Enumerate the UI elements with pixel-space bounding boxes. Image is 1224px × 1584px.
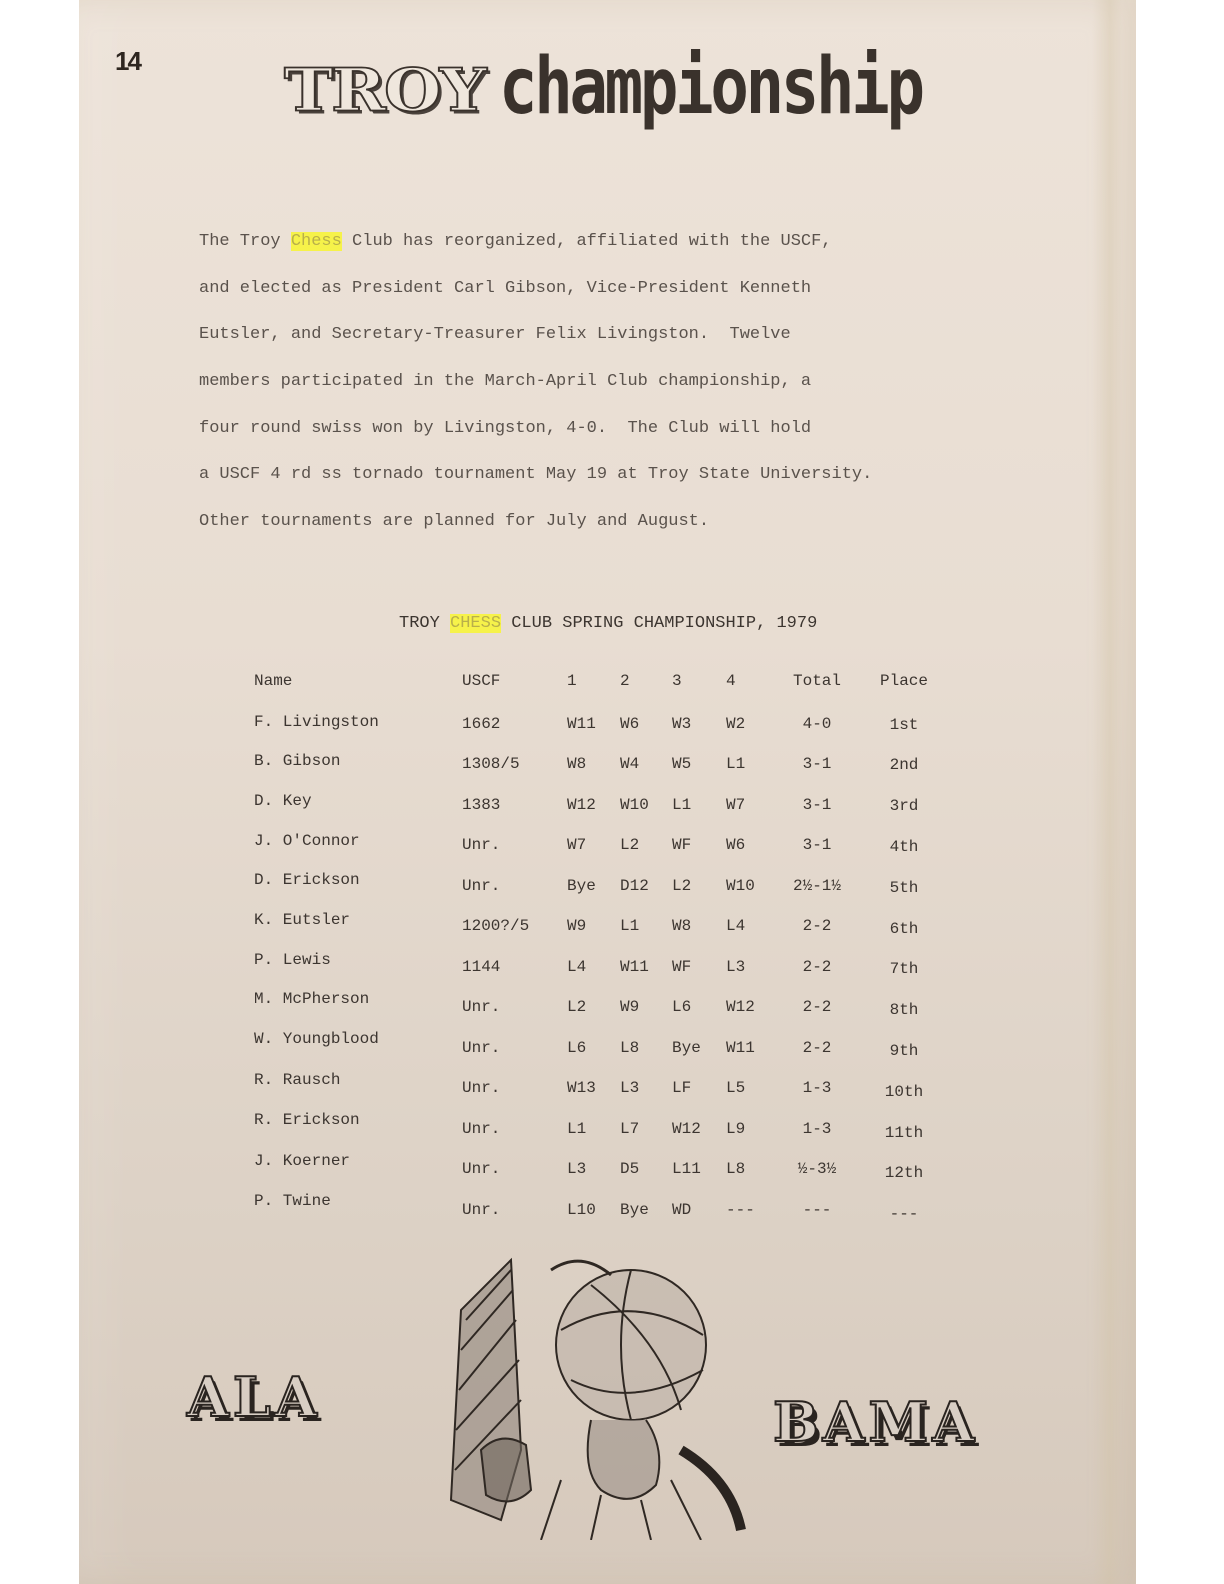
document-page: 14 TROYchampionship The Troy Chess Club … xyxy=(79,0,1136,1584)
total-score: 4-0 xyxy=(782,715,852,733)
line-text: members participated in the March-April … xyxy=(199,372,811,391)
round-2: W9 xyxy=(620,998,639,1016)
round-3: LF xyxy=(672,1079,691,1097)
paragraph-line: Other tournaments are planned for July a… xyxy=(199,512,959,559)
paragraph-line: The Troy Chess Club has reorganized, aff… xyxy=(199,232,959,279)
player-name: M. McPherson xyxy=(254,990,369,1008)
round-2: W10 xyxy=(620,796,649,814)
player-name: K. Eutsler xyxy=(254,911,350,929)
place: 10th xyxy=(869,1083,939,1101)
round-4: --- xyxy=(726,1201,755,1219)
page-number: 14 xyxy=(115,46,140,77)
round-1: W13 xyxy=(567,1079,596,1097)
line-text: Club has reorganized, affiliated with th… xyxy=(342,232,832,251)
total-score: 1-3 xyxy=(782,1079,852,1097)
table-title-text: TROY xyxy=(399,614,450,633)
uscf-rating: Unr. xyxy=(462,1201,500,1219)
uscf-rating: 1383 xyxy=(462,796,500,814)
round-2: W11 xyxy=(620,958,649,976)
place: 5th xyxy=(869,879,939,897)
round-3: L6 xyxy=(672,998,691,1016)
round-1: W8 xyxy=(567,755,586,773)
column-header: USCF xyxy=(462,672,500,690)
round-1: L6 xyxy=(567,1039,586,1057)
uscf-rating: Unr. xyxy=(462,1079,500,1097)
round-3: WD xyxy=(672,1201,691,1219)
player-name: D. Erickson xyxy=(254,871,360,889)
intro-paragraph: The Troy Chess Club has reorganized, aff… xyxy=(199,232,959,559)
round-3: L2 xyxy=(672,877,691,895)
uscf-rating: Unr. xyxy=(462,1039,500,1057)
round-4: W6 xyxy=(726,836,745,854)
player-name: F. Livingston xyxy=(254,713,379,731)
total-score: 2-2 xyxy=(782,958,852,976)
banner-ala: ALA xyxy=(187,1365,321,1429)
round-1: W7 xyxy=(567,836,586,854)
round-2: W4 xyxy=(620,755,639,773)
place: 9th xyxy=(869,1042,939,1060)
player-name: B. Gibson xyxy=(254,752,340,770)
paragraph-line: four round swiss won by Livingston, 4-0.… xyxy=(199,419,959,466)
line-text: four round swiss won by Livingston, 4-0.… xyxy=(199,419,811,438)
round-3: W5 xyxy=(672,755,691,773)
title-championship: championship xyxy=(499,42,922,132)
player-name: P. Lewis xyxy=(254,951,331,969)
title-troy: TROY xyxy=(284,55,485,125)
round-2: W6 xyxy=(620,715,639,733)
round-4: W7 xyxy=(726,796,745,814)
total-score: 2-2 xyxy=(782,998,852,1016)
round-1: Bye xyxy=(567,877,596,895)
player-name: J. O'Connor xyxy=(254,832,360,850)
player-name: R. Erickson xyxy=(254,1111,360,1129)
round-2: L3 xyxy=(620,1079,639,1097)
place: 4th xyxy=(869,838,939,856)
round-1: W12 xyxy=(567,796,596,814)
place: --- xyxy=(869,1205,939,1223)
round-4: W12 xyxy=(726,998,755,1016)
round-3: W12 xyxy=(672,1120,701,1138)
paragraph-line: and elected as President Carl Gibson, Vi… xyxy=(199,279,959,326)
total-score: 2½-1½ xyxy=(782,877,852,895)
round-2: D12 xyxy=(620,877,649,895)
round-1: L10 xyxy=(567,1201,596,1219)
banner-bama: BAMA xyxy=(773,1390,978,1454)
search-highlight: Chess xyxy=(291,232,342,251)
uscf-rating: 1200?/5 xyxy=(462,917,529,935)
round-4: L1 xyxy=(726,755,745,773)
column-header: Place xyxy=(869,672,939,690)
player-name: W. Youngblood xyxy=(254,1030,379,1048)
paragraph-line: Eutsler, and Secretary-Treasurer Felix L… xyxy=(199,325,959,372)
round-1: L3 xyxy=(567,1160,586,1178)
uscf-rating: Unr. xyxy=(462,836,500,854)
place: 11th xyxy=(869,1124,939,1142)
place: 8th xyxy=(869,1001,939,1019)
round-4: L9 xyxy=(726,1120,745,1138)
total-score: --- xyxy=(782,1201,852,1219)
column-header: 3 xyxy=(672,672,682,690)
paragraph-line: members participated in the March-April … xyxy=(199,372,959,419)
round-1: W9 xyxy=(567,917,586,935)
round-2: Bye xyxy=(620,1201,649,1219)
uscf-rating: Unr. xyxy=(462,1160,500,1178)
round-3: WF xyxy=(672,958,691,976)
round-2: L2 xyxy=(620,836,639,854)
line-text: The Troy xyxy=(199,232,291,251)
round-2: L1 xyxy=(620,917,639,935)
place: 12th xyxy=(869,1164,939,1182)
round-4: L3 xyxy=(726,958,745,976)
round-2: L7 xyxy=(620,1120,639,1138)
line-text: a USCF 4 rd ss tornado tournament May 19… xyxy=(199,465,872,484)
total-score: ½-3½ xyxy=(782,1160,852,1178)
column-header: Total xyxy=(782,672,852,690)
table-title-text: CLUB SPRING CHAMPIONSHIP, 1979 xyxy=(501,614,817,633)
round-2: D5 xyxy=(620,1160,639,1178)
total-score: 2-2 xyxy=(782,917,852,935)
place: 3rd xyxy=(869,797,939,815)
uscf-rating: Unr. xyxy=(462,998,500,1016)
round-3: L1 xyxy=(672,796,691,814)
round-4: L5 xyxy=(726,1079,745,1097)
total-score: 2-2 xyxy=(782,1039,852,1057)
total-score: 3-1 xyxy=(782,755,852,773)
round-3: W8 xyxy=(672,917,691,935)
alabama-banner: ALA BAMA xyxy=(179,1250,1179,1550)
round-1: L1 xyxy=(567,1120,586,1138)
place: 2nd xyxy=(869,756,939,774)
table-title: TROY CHESS CLUB SPRING CHAMPIONSHIP, 197… xyxy=(399,614,817,633)
round-3: L11 xyxy=(672,1160,701,1178)
uscf-rating: 1662 xyxy=(462,715,500,733)
uscf-rating: 1144 xyxy=(462,958,500,976)
round-1: W11 xyxy=(567,715,596,733)
uscf-rating: Unr. xyxy=(462,1120,500,1138)
round-3: Bye xyxy=(672,1039,701,1057)
place: 7th xyxy=(869,960,939,978)
uscf-rating: 1308/5 xyxy=(462,755,520,773)
line-text: and elected as President Carl Gibson, Vi… xyxy=(199,279,811,298)
round-1: L4 xyxy=(567,958,586,976)
round-1: L2 xyxy=(567,998,586,1016)
place: 6th xyxy=(869,920,939,938)
player-name: J. Koerner xyxy=(254,1152,350,1170)
round-2: L8 xyxy=(620,1039,639,1057)
round-3: WF xyxy=(672,836,691,854)
line-text: Eutsler, and Secretary-Treasurer Felix L… xyxy=(199,325,791,344)
column-header: 4 xyxy=(726,672,736,690)
search-highlight: CHESS xyxy=(450,614,501,633)
total-score: 3-1 xyxy=(782,796,852,814)
player-name: D. Key xyxy=(254,792,312,810)
round-4: W10 xyxy=(726,877,755,895)
player-name: P. Twine xyxy=(254,1192,331,1210)
line-text: Other tournaments are planned for July a… xyxy=(199,512,709,531)
player-name: R. Rausch xyxy=(254,1071,340,1089)
uscf-rating: Unr. xyxy=(462,877,500,895)
round-4: W2 xyxy=(726,715,745,733)
column-header: 2 xyxy=(620,672,630,690)
round-3: W3 xyxy=(672,715,691,733)
round-4: W11 xyxy=(726,1039,755,1057)
round-4: L4 xyxy=(726,917,745,935)
place: 1st xyxy=(869,716,939,734)
round-4: L8 xyxy=(726,1160,745,1178)
page-title: TROYchampionship xyxy=(284,42,1014,132)
paragraph-line: a USCF 4 rd ss tornado tournament May 19… xyxy=(199,465,959,512)
column-header: Name xyxy=(254,672,292,690)
knight-illustration-icon xyxy=(441,1250,751,1540)
total-score: 3-1 xyxy=(782,836,852,854)
column-header: 1 xyxy=(567,672,577,690)
total-score: 1-3 xyxy=(782,1120,852,1138)
